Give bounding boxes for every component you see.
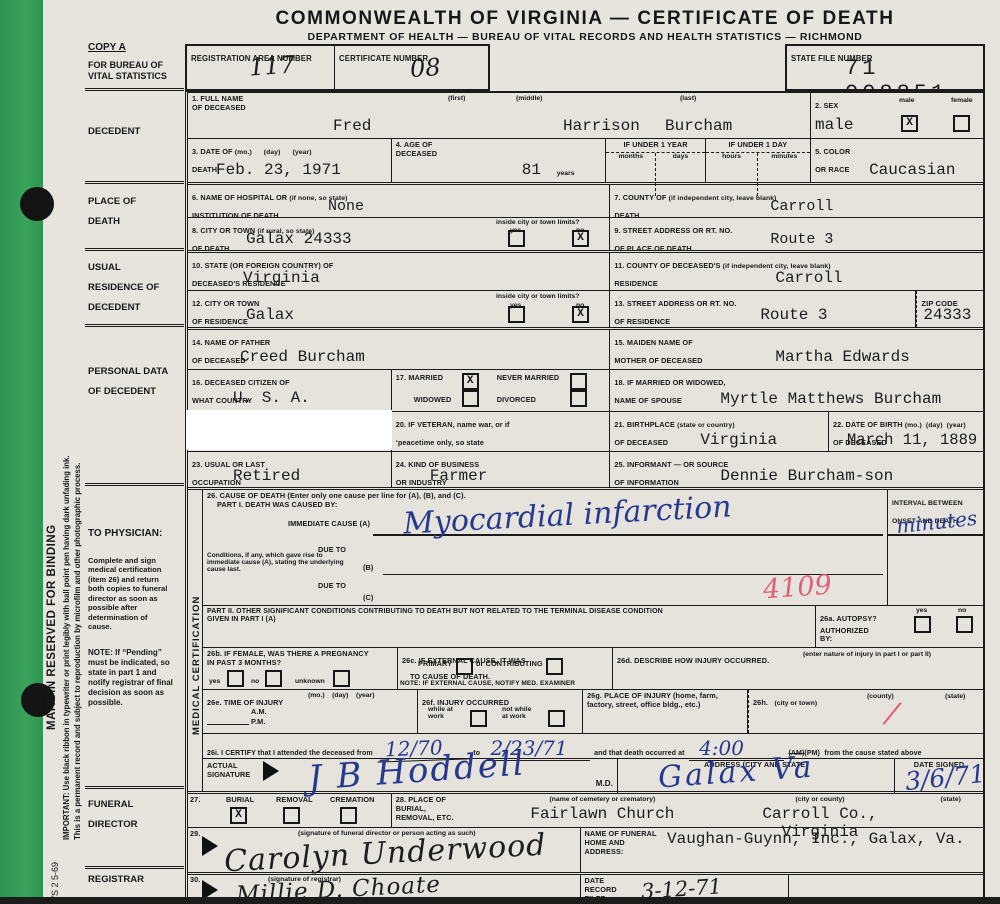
field-informant: 25. INFORMANT — OR SOURCEOF INFORMATION … <box>610 452 983 487</box>
first-sublabel: (first) <box>448 95 465 102</box>
whiteout-patch <box>186 410 392 450</box>
red-code-value: 4109 <box>762 570 833 606</box>
funeral-director-signature: Carolyn Underwood <box>223 828 547 880</box>
while-at-work-checkbox <box>470 710 487 727</box>
pregnancy-no-checkbox <box>265 670 282 687</box>
first-name-value: Fred <box>333 117 371 135</box>
actual-signature-label-cell: ACTUAL SIGNATURE <box>203 759 298 793</box>
date-of-birth-value: March 11, 1889 <box>847 431 977 449</box>
field-age: 4. AGE OF DECEASED 81 years <box>392 139 607 182</box>
authorized-by-label: AUTHORIZED BY: <box>820 627 880 645</box>
limits-question: inside city or town limits? <box>496 293 579 300</box>
field-under-1-day: IF UNDER 1 DAY hours minutes <box>706 139 811 182</box>
occupation-value: Retired <box>233 467 300 485</box>
field-part2: PART II. OTHER SIGNIFICANT CONDITIONS CO… <box>203 606 816 647</box>
date-signed-cell: DATE SIGNED 3/6/71 <box>895 759 983 793</box>
form-code: VS 2 5-69 <box>50 838 60 902</box>
limits-question: inside city or town limits? <box>496 219 579 226</box>
section-label-registrar: REGISTRAR <box>88 870 184 890</box>
autopsy-no-checkbox <box>956 616 973 633</box>
external-cause-note: NOTE: IF EXTERNAL CAUSE, NOTIFY MED. EXA… <box>400 680 575 688</box>
hospital-value: None <box>328 198 364 215</box>
field-19-redacted <box>188 412 392 451</box>
field-city-of-death: 8. CITY OR TOWN (if rural, so state)OF D… <box>188 218 610 250</box>
informant-value: Dennie Burcham-son <box>720 467 893 485</box>
male-checkbox: X <box>901 115 918 132</box>
red-pen-mark: / <box>883 695 900 731</box>
funeral-director-signature-cell: 29. (signature of funeral director or pe… <box>188 828 581 872</box>
field-under-1-year: IF UNDER 1 YEAR months days <box>606 139 705 182</box>
registration-area-value: 117 <box>248 50 296 81</box>
field-veteran: 20. IF VETERAN, name war, or if‘peacetim… <box>392 412 611 451</box>
divorced-checkbox <box>570 390 587 407</box>
section-label-place-of-death: PLACE OF DEATH <box>88 192 168 232</box>
limits-yes-checkbox <box>508 230 525 247</box>
field-marital-status: 17. MARRIED X NEVER MARRIED WIDOWED DIVO… <box>392 370 611 411</box>
limits-no-checkbox: X <box>572 306 589 323</box>
field-place-of-injury: 26g. PLACE OF INJURY (home, farm, factor… <box>583 690 748 733</box>
field-burial-state: (state) <box>918 794 983 827</box>
last-sublabel: (last) <box>680 95 696 102</box>
not-while-at-work-checkbox <box>548 710 565 727</box>
field-how-injury: 26d. DESCRIBE HOW INJURY OCCURRED. (ente… <box>613 648 983 689</box>
section-decedent: 1. FULL NAMEOF DECEASED (first) (middle)… <box>188 93 983 185</box>
limits-no-checkbox: X <box>572 230 589 247</box>
field-mother: 15. MAIDEN NAME OFMOTHER OF DECEASED Mar… <box>610 330 983 369</box>
certificate-title: COMMONWEALTH OF VIRGINIA — CERTIFICATE O… <box>185 8 985 30</box>
certificate-subtitle: DEPARTMENT OF HEALTH — BUREAU OF VITAL R… <box>185 31 985 43</box>
field-disposition: 27. BURIAL X REMOVAL CREMATION <box>188 794 392 827</box>
field-business: 24. KIND OF BUSINESSOR INDUSTRY Farmer <box>392 452 611 487</box>
city-of-death-value: Galax 24333 <box>246 230 352 248</box>
section-place-of-death: 6. NAME OF HOSPITAL OR (if none, so stat… <box>188 185 983 253</box>
cremation-checkbox <box>340 807 357 824</box>
physician-note: Complete and sign medical certification … <box>88 556 170 632</box>
age-unit: years <box>557 170 575 177</box>
autopsy-yes-checkbox <box>914 616 931 633</box>
state-file-box: STATE FILE NUMBER 71 008851 <box>785 44 985 91</box>
section-residence: 10. STATE (OR FOREIGN COUNTRY) OFDECEASE… <box>188 253 983 330</box>
spouse-value: Myrtle Matthews Burcham <box>720 390 941 408</box>
pregnancy-yes-checkbox <box>227 670 244 687</box>
age-value: 81 <box>522 161 541 179</box>
cemetery-value: Fairlawn Church <box>487 805 717 823</box>
margin-important-line2: This is a permanent record and subject t… <box>73 120 82 840</box>
bureau-label: FOR BUREAU OF VITAL STATISTICS <box>88 60 184 83</box>
father-value: Creed Burcham <box>240 348 365 366</box>
removal-checkbox <box>283 807 300 824</box>
field-residence-county: 11. COUNTY OF DECEASED'S (if independent… <box>610 253 983 290</box>
field-sex: 2. SEX male female male X <box>811 93 983 138</box>
field-hospital: 6. NAME OF HOSPITAL OR (if none, so stat… <box>188 185 610 217</box>
field-injury-occurred: 26f. INJURY OCCURRED while at work not w… <box>418 690 583 733</box>
section-medical-certification: MEDICAL CERTIFICATION 26. CAUSE OF DEATH… <box>188 490 983 794</box>
immediate-cause-label: IMMEDIATE CAUSE (A) <box>288 520 370 529</box>
residence-city-value: Galax <box>246 306 294 324</box>
field-external-cause: 26c. IF EXTERNAL CAUSE, IT WAS PRIMARY o… <box>398 648 613 689</box>
pending-note: NOTE: If “Pending” must be indicated, so… <box>88 648 174 708</box>
section-label-funeral-director: FUNERAL DIRECTOR <box>88 795 168 835</box>
death-certificate-scan: MARGIN RESERVED FOR BINDING IMPORTANT: U… <box>0 0 1000 904</box>
street-of-death-value: Route 3 <box>770 231 833 248</box>
section-personal-data: 14. NAME OF FATHEROF DECEASED Creed Burc… <box>188 330 983 490</box>
last-name-value: Burcham <box>665 117 732 135</box>
field-injury-location: 26h. (city or town) (county) (state) / <box>748 690 983 733</box>
residence-street-value: Route 3 <box>760 306 827 324</box>
field-pregnancy: 26b. IF FEMALE, WAS THERE A PREGNANCY IN… <box>203 648 398 689</box>
field-date-of-death: 3. DATE OF (mo.) (day) (year)DEATH Feb. … <box>188 139 392 182</box>
married-checkbox: X <box>462 373 479 390</box>
margin-important-line1: IMPORTANT: Use black ribbon in typewrite… <box>62 120 71 840</box>
middle-sublabel: (middle) <box>516 95 542 102</box>
punch-hole <box>20 187 54 221</box>
date-of-death-value: Feb. 23, 1971 <box>216 161 341 179</box>
field-father: 14. NAME OF FATHEROF DECEASED Creed Burc… <box>188 330 610 369</box>
field-full-name: 1. FULL NAMEOF DECEASED (first) (middle)… <box>188 93 811 138</box>
field-street-of-death: 9. STREET ADDRESS OR RT. NO.OF PLACE OF … <box>610 218 983 250</box>
field-burial-city: (city or county) Carroll Co., Virginia <box>722 794 919 827</box>
green-binding-strip <box>0 0 43 904</box>
field-residence-city: 12. CITY OR TOWNOF RESIDENCE Galax insid… <box>188 291 610 327</box>
field-birthplace: 21. BIRTHPLACE (state or country)OF DECE… <box>610 412 829 451</box>
widowed-checkbox <box>462 390 479 407</box>
residence-county-value: Carroll <box>775 269 842 287</box>
funeral-home-value: Vaughan-Guynn, Inc., Galax, Va. <box>667 830 965 848</box>
certificate-number-value: 08 <box>409 53 441 83</box>
zip-value: 24333 <box>923 306 971 324</box>
female-checkbox <box>953 115 970 132</box>
physician-signature-cell: J B Hoddell M.D. <box>298 759 618 793</box>
section-label-decedent: DECEDENT <box>88 122 184 142</box>
signature-arrow-icon <box>202 836 218 856</box>
business-value: Farmer <box>430 467 488 485</box>
field-residence-street: 13. STREET ADDRESS OR RT. NO.OF RESIDENC… <box>610 291 916 327</box>
field-citizen: 16. DECEASED CITIZEN OFWHAT COUNTRY U. S… <box>188 370 392 411</box>
field-time-of-injury: 26e. TIME OF INJURY (mo.) (day) (year) A… <box>203 690 418 733</box>
section-funeral-director: 27. BURIAL X REMOVAL CREMATION 28. PLACE… <box>188 794 983 875</box>
field-spouse: 18. IF MARRIED OR WIDOWED,NAME OF SPOUSE… <box>610 370 983 411</box>
field-cause-of-death: 26. CAUSE OF DEATH (Enter only one cause… <box>203 490 888 605</box>
race-value: Caucasian <box>869 161 955 179</box>
margin-binding-text: MARGIN RESERVED FOR BINDING <box>46 270 58 730</box>
scan-bottom-edge <box>0 897 1000 904</box>
md-label: M.D. <box>596 779 613 789</box>
field-interval: INTERVAL BETWEEN ONSET AND DEATH minutes <box>888 490 983 605</box>
field-place-of-burial-label: 28. PLACE OF BURIAL, REMOVAL, ETC. <box>392 794 483 827</box>
copy-a-label: COPY A <box>88 42 126 53</box>
field-date-of-birth: 22. DATE OF BIRTH (mo.) (day) (year)OF D… <box>829 412 983 451</box>
citizen-value: U. S. A. <box>233 389 310 407</box>
middle-name-value: Harrison <box>563 117 640 135</box>
female-sublabel: female <box>951 97 973 104</box>
field-cemetery: (name of cemetery or crematory) Fairlawn… <box>483 794 721 827</box>
field-occupation: 23. USUAL OR LASTOCCUPATION Retired <box>188 452 392 487</box>
limits-yes-checkbox <box>508 306 525 323</box>
conditions-note: Conditions, if any, which gave rise to i… <box>207 552 347 573</box>
medical-certification-vertical-label: MEDICAL CERTIFICATION <box>188 490 203 791</box>
funeral-home-cell: NAME OF FUNERAL HOME AND ADDRESS: Vaugha… <box>581 828 983 872</box>
never-married-checkbox <box>570 373 587 390</box>
field-autopsy: 26a. AUTOPSY? yes no AUTHORIZED BY: <box>816 606 983 647</box>
signature-arrow-icon <box>263 761 279 781</box>
registration-box: REGISTRATION AREA NUMBER 117 CERTIFICATE… <box>185 44 490 91</box>
residence-state-value: Virginia <box>243 269 320 287</box>
field-residence-state: 10. STATE (OR FOREIGN COUNTRY) OFDECEASE… <box>188 253 610 290</box>
field-zip: ZIP CODE 24333 <box>916 291 983 327</box>
burial-checkbox: X <box>230 807 247 824</box>
male-sublabel: male <box>899 97 915 104</box>
to-physician-label: TO PHYSICIAN: <box>88 528 178 539</box>
county-of-death-value: Carroll <box>770 198 833 215</box>
pregnancy-unknown-checkbox <box>333 670 350 687</box>
contributing-checkbox <box>546 658 563 675</box>
section-label-personal-data: PERSONAL DATA OF DECEDENT <box>88 362 178 402</box>
physician-address-cell: ADDRESS (CITY AND STATE) Galax Va <box>618 759 895 793</box>
mother-value: Martha Edwards <box>775 348 909 366</box>
field-certification: 26i. I CERTIFY that I attended the decea… <box>203 734 983 791</box>
sex-value: male <box>815 116 853 134</box>
field-color-or-race: 5. COLOROR RACE Caucasian <box>811 139 983 182</box>
section-label-usual-residence: USUAL RESIDENCE OF DECEDENT <box>88 258 178 318</box>
birthplace-value: Virginia <box>700 431 777 449</box>
field-county-of-death: 7. COUNTY OF (if independent city, leave… <box>610 185 983 217</box>
